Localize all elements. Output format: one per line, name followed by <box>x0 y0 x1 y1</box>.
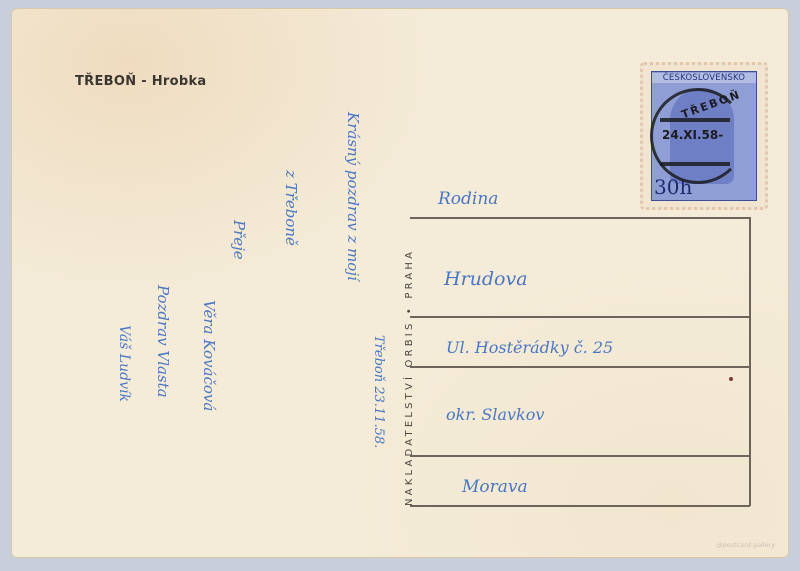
watermark: @postcard.gallery <box>716 541 775 549</box>
postmark-bar <box>660 118 730 122</box>
publisher-imprint: NAKLADATELSTVÍ ORBIS • PRAHA <box>404 249 415 506</box>
message-date: Třeboň 23.11.58. <box>371 335 386 448</box>
message-line-5: Pozdrav Vlasta <box>154 285 172 398</box>
message-line-1: Krásný pozdrav z mojí <box>344 112 362 281</box>
message-line-4: Věra Kováčová <box>200 300 218 411</box>
address-line-2: Hrudova <box>444 268 528 290</box>
address-line-1: Rodina <box>438 189 498 209</box>
message-line-3: Přeje <box>230 220 248 260</box>
address-line-5: Morava <box>462 477 528 497</box>
address-rule <box>410 217 750 219</box>
address-border <box>749 217 751 506</box>
message-line-6: Váš Ludvík <box>116 325 132 402</box>
postmark-bar <box>660 162 730 166</box>
address-line-3: Ul. Hostěrádky č. 25 <box>446 338 613 357</box>
postcard-title: TŘEBOŇ - Hrobka <box>75 74 207 89</box>
paper-spot <box>729 377 733 381</box>
postmark-date: 24.XI.58- <box>662 128 723 142</box>
stamp-country: ČESKOSLOVENSKO <box>652 73 756 83</box>
address-rule <box>410 316 750 318</box>
address-rule <box>410 505 750 507</box>
address-rule <box>410 366 750 368</box>
address-rule <box>410 455 750 457</box>
address-line-4: okr. Slavkov <box>446 405 544 424</box>
message-line-2: z Třeboně <box>282 170 300 246</box>
